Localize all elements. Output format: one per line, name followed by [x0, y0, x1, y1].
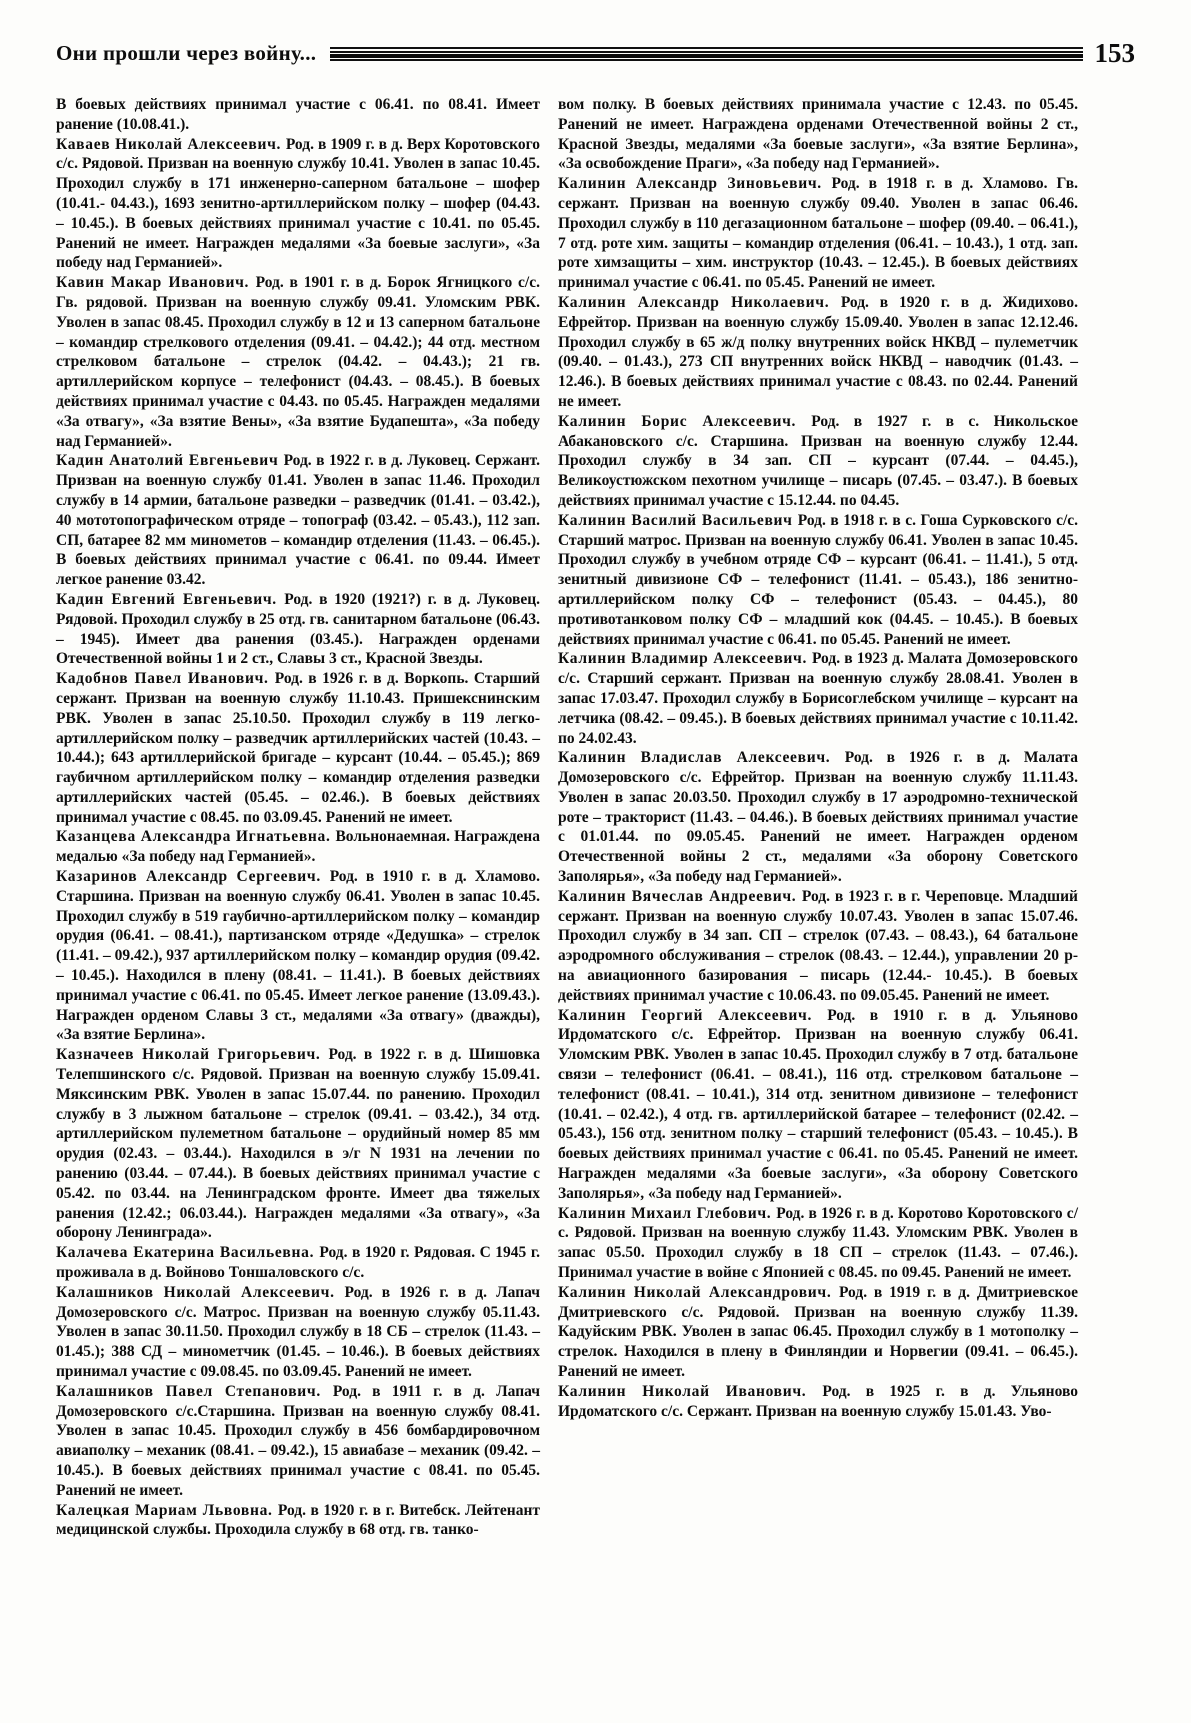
veteran-name: Калинин Владислав Алексеевич.: [558, 749, 845, 766]
entry-text: Род. в 1918 г. в с. Гоша Сурковского с/с…: [558, 512, 1078, 648]
veteran-entry: Кадобнов Павел Иванович. Род. в 1926 г. …: [56, 669, 540, 827]
book-page: Они прошли через войну... 153 В боевых д…: [0, 0, 1191, 1723]
veteran-entry: Калинин Вячеслав Андреевич. Род. в 1923 …: [558, 887, 1078, 1006]
entry-text: вом полку. В боевых действиях принимала …: [558, 96, 1078, 172]
entry-text: Род. в 1909 г. в д. Верх Коротовского с/…: [56, 136, 540, 272]
veteran-entry: Калашников Николай Алексеевич. Род. в 19…: [56, 1283, 540, 1382]
veteran-entry: Каваев Николай Алексеевич. Род. в 1909 г…: [56, 135, 540, 274]
veteran-entry: Кавин Макар Иванович. Род. в 1901 г. в д…: [56, 273, 540, 451]
veteran-name: Калинин Николай Александрович.: [558, 1284, 839, 1301]
veteran-name: Калецкая Мариам Львовна.: [56, 1502, 278, 1519]
veteran-entry: Калашников Павел Степанович. Род. в 1911…: [56, 1382, 540, 1501]
veteran-name: Казаринов Александр Сергеевич.: [56, 868, 330, 885]
header-rule: [330, 45, 1082, 62]
entry-text: Род. в 1922 г. в д. Шишовка Телепшинског…: [56, 1046, 540, 1241]
veteran-entry: Калинин Владимир Алексеевич. Род. в 1923…: [558, 649, 1078, 748]
veteran-entry: Калинин Борис Алексеевич. Род. в 1927 г.…: [558, 412, 1078, 511]
veteran-entry: Калинин Василий Васильевич Род. в 1918 г…: [558, 511, 1078, 650]
veteran-name: Кадин Анатолий Евгеньевич: [56, 452, 284, 469]
entry-text: Род. в 1926 г. в д. Малата Домозеровског…: [558, 749, 1078, 885]
veteran-name: Калинин Александр Николаевич.: [558, 294, 841, 311]
veteran-entry: Калинин Георгий Алексеевич. Род. в 1910 …: [558, 1006, 1078, 1204]
veteran-name: Кадобнов Павел Иванович.: [56, 670, 275, 687]
veteran-entry: Калинин Николай Иванович. Род. в 1925 г.…: [558, 1382, 1078, 1422]
veteran-entry: Калинин Александр Николаевич. Род. в 192…: [558, 293, 1078, 412]
veteran-name: Казначеев Николай Григорьевич.: [56, 1046, 328, 1063]
column-right: вом полку. В боевых действиях принимала …: [558, 95, 1078, 1540]
veteran-name: Калинин Николай Иванович.: [558, 1383, 822, 1400]
entry-text: Род. в 1910 г. в д. Хламово. Старшина. П…: [56, 868, 540, 1043]
veteran-name: Калинин Александр Зиновьевич.: [558, 175, 832, 192]
veteran-entry: Калинин Александр Зиновьевич. Род. в 191…: [558, 174, 1078, 293]
entry-text: Род. в 1926 г. в д. Воркопь. Старший сер…: [56, 670, 540, 826]
veteran-name: Калинин Вячеслав Андреевич.: [558, 888, 802, 905]
veteran-name: Кадин Евгений Евгеньевич.: [56, 591, 284, 608]
entry-text: Род. в 1922 г. в д. Луковец. Сержант. Пр…: [56, 452, 540, 588]
entry-text: Род. в 1901 г. в д. Борок Ягницкого с/с.…: [56, 274, 540, 449]
text-columns: В боевых действиях принимал участие с 06…: [56, 95, 1135, 1540]
entry-text: В боевых действиях принимал участие с 06…: [56, 96, 540, 133]
veteran-name: Калачева Екатерина Васильевна.: [56, 1244, 319, 1261]
veteran-name: Казанцева Александра Игнатьевна.: [56, 828, 335, 845]
veteran-name: Каваев Николай Алексеевич.: [56, 136, 286, 153]
veteran-name: Калинин Борис Алексеевич.: [558, 413, 811, 430]
veteran-entry: В боевых действиях принимал участие с 06…: [56, 95, 540, 135]
entry-text: Род. в 1911 г. в д. Лапач Домозеровского…: [56, 1383, 540, 1499]
veteran-entry: Калинин Михаил Глебович. Род. в 1926 г. …: [558, 1204, 1078, 1283]
veteran-entry: Казанцева Александра Игнатьевна. Вольнон…: [56, 827, 540, 867]
veteran-name: Калинин Владимир Алексеевич.: [558, 650, 812, 667]
veteran-name: Калинин Василий Васильевич: [558, 512, 798, 529]
column-left: В боевых действиях принимал участие с 06…: [56, 95, 540, 1540]
veteran-entry: Кадин Евгений Евгеньевич. Род. в 1920 (1…: [56, 590, 540, 669]
veteran-entry: вом полку. В боевых действиях принимала …: [558, 95, 1078, 174]
veteran-name: Калинин Михаил Глебович.: [558, 1205, 776, 1222]
entry-text: Род. в 1918 г. в д. Хламово. Гв. сержант…: [558, 175, 1078, 291]
veteran-entry: Калачева Екатерина Васильевна. Род. в 19…: [56, 1243, 540, 1283]
veteran-entry: Калинин Николай Александрович. Род. в 19…: [558, 1283, 1078, 1382]
veteran-entry: Кадин Анатолий Евгеньевич Род. в 1922 г.…: [56, 451, 540, 590]
veteran-entry: Калинин Владислав Алексеевич. Род. в 192…: [558, 748, 1078, 887]
page-header: Они прошли через войну... 153: [56, 38, 1135, 69]
veteran-name: Калинин Георгий Алексеевич.: [558, 1007, 827, 1024]
page-number: 153: [1083, 38, 1136, 69]
veteran-entry: Казначеев Николай Григорьевич. Род. в 19…: [56, 1045, 540, 1243]
entry-text: Род. в 1910 г. в д. Ульяново Ирдоматског…: [558, 1007, 1078, 1202]
veteran-name: Калашников Николай Алексеевич.: [56, 1284, 345, 1301]
veteran-name: Кавин Макар Иванович.: [56, 274, 256, 291]
veteran-entry: Калецкая Мариам Львовна. Род. в 1920 г. …: [56, 1501, 540, 1541]
veteran-entry: Казаринов Александр Сергеевич. Род. в 19…: [56, 867, 540, 1045]
entry-text: Род. в 1920 г. в д. Жидихово. Ефрейтор. …: [558, 294, 1078, 410]
entry-text: Род. в 1923 г. в г. Череповце. Младший с…: [558, 888, 1078, 1004]
veteran-name: Калашников Павел Степанович.: [56, 1383, 333, 1400]
running-title: Они прошли через войну...: [56, 41, 330, 66]
